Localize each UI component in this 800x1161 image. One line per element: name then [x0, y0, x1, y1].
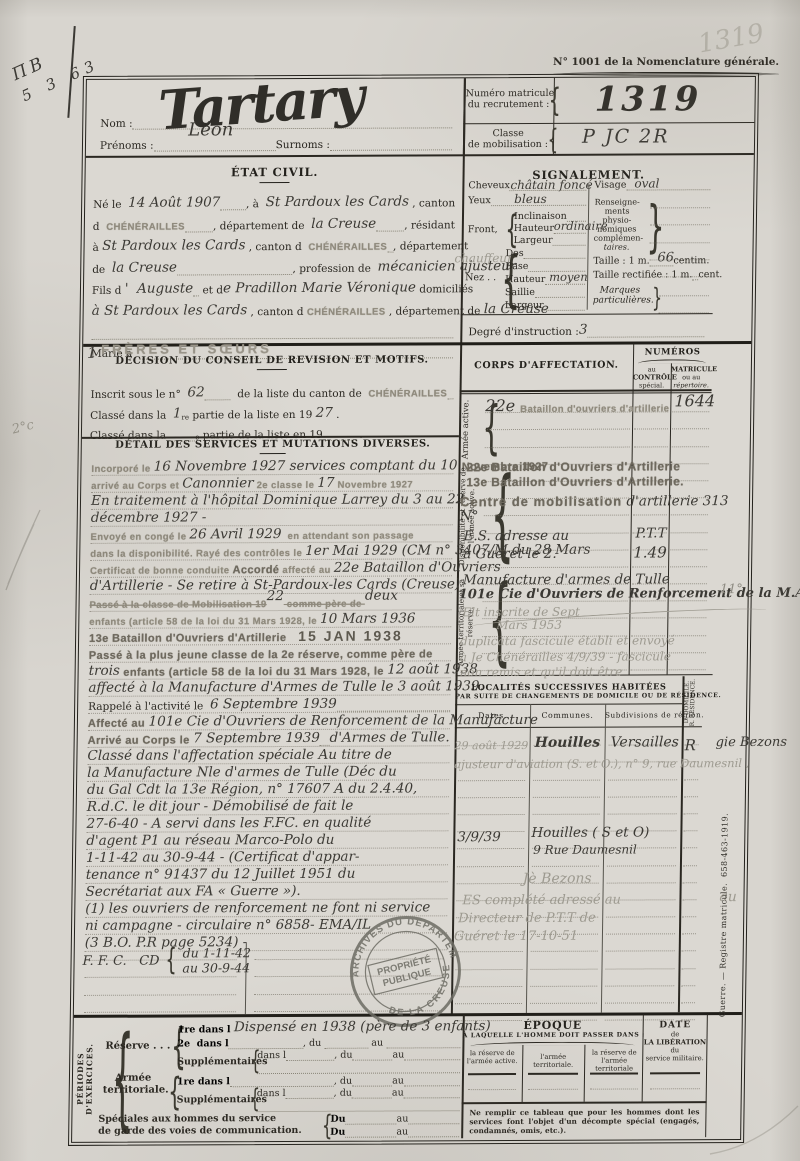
ec-line-5: Fils d ' Auguste et de Pradillon Marie V…	[92, 274, 454, 297]
segment-pr: Fils d	[92, 285, 125, 297]
ec-line-6: à St Pardoux les Cards , canton d CHÉNÉR…	[92, 295, 454, 318]
segment-pr: Inscrit sous le n°	[90, 388, 187, 400]
ruled-row	[485, 430, 630, 448]
segment-hw: ni campagne - circulaire n° 6858- EMA/IL	[85, 916, 371, 933]
ruled-row	[650, 1072, 700, 1089]
segment-pr: , canton	[409, 197, 455, 209]
corps-pencil-4: à Je Chénérailles 4/9/39 - fascicule	[460, 649, 671, 664]
segment-dstamp: 15 JAN 1938	[286, 628, 403, 645]
ruled-row	[468, 1073, 516, 1090]
service-line: Certificat de bonne conduite Accordé aff…	[90, 559, 452, 578]
spec-row-2: Duau	[330, 1125, 459, 1138]
ffc-au: au 30-9-44	[182, 960, 250, 975]
loc-note-2: Directeur de P.T.T de	[458, 911, 596, 927]
corps-stamp-13e: 13e Bataillon d'Ouvriers d'Artillerie.	[466, 474, 684, 489]
reserve-label: Réserve . . .	[105, 1040, 170, 1051]
localites-section: LOCALITÉS SUCCESSIVES HABITÉES PAR SUITE…	[451, 676, 703, 1013]
loc-r2-commune: Houilles ( S et O)	[531, 824, 649, 841]
matricule-col-label: MATRICULE ou au répertoire.	[671, 365, 712, 389]
ruled-row	[84, 995, 236, 1013]
segment-dots	[404, 1057, 460, 1060]
segment-pr: Classé dans la	[90, 410, 173, 422]
col-domicile-residence: D. DOMICILE. R. RÉSIDENCE.	[684, 678, 702, 726]
service-line: d'agent P1 au réseau Marco-Polo du	[86, 831, 448, 850]
segment-prb: 1re dans l	[178, 1024, 234, 1035]
imprint-registre: Guerre. — Registre matricule.	[718, 883, 729, 1017]
epoque-note: Ne remplir ce tableau que pour les homme…	[469, 1107, 699, 1135]
ruled-row	[590, 1072, 638, 1089]
ruled-row	[457, 849, 524, 866]
nez-row-4: Largeur	[505, 300, 585, 311]
corps-stamp-22e: 22e Bataillon d'Ouvriers d'Artillerie	[466, 459, 680, 474]
service-line: Envoyé en congé le 26 Avril 1929 en atte…	[90, 525, 452, 544]
corps-title: CORPS D'AFFECTATION.	[460, 360, 633, 372]
corps-terr2: 101e Cie d'Ouvriers de Renforcement de l…	[459, 586, 800, 603]
prenom-value: Léon	[188, 119, 233, 140]
epoque-col2: l'armée territoriale.	[526, 1053, 580, 1069]
segment-pr: , département de	[213, 219, 311, 231]
segment-hw: d'agent P1 au réseau Marco-Polo du	[86, 831, 334, 848]
segment-dots	[337, 708, 450, 711]
segment-st: Bataillon d'ouvriers d'artillerie	[520, 403, 669, 415]
label-armee-active: Armée active.	[461, 398, 472, 460]
segment-dots	[177, 272, 293, 276]
header-mid-rule	[463, 122, 754, 124]
segment-st: comme père de	[284, 599, 365, 610]
ruled-row	[458, 798, 525, 815]
yeux-value: bleus	[514, 192, 547, 206]
localites-subtitle: PAR SUITE DE CHANGEMENTS DE DOMICILE OU …	[455, 692, 682, 700]
segment-hw: 62	[187, 384, 204, 400]
matricule-label: Numéro matricule du recrutement :	[465, 88, 551, 110]
service-line: enfants (article 58 de la loi du 31 Mars…	[89, 610, 451, 629]
loc-r1-dr: R	[684, 736, 696, 754]
segment-hw: trois	[89, 662, 120, 678]
segment-stb: Accordé	[232, 564, 279, 576]
ruled-row	[634, 413, 668, 430]
segment-pr: , résidant	[404, 219, 455, 231]
service-line: Passé à la classe de Mobilisation 1922 c…	[89, 593, 451, 612]
surnoms-label: Surnoms :	[276, 139, 330, 151]
segment-hw: Classé dans l'affectation spéciale Au ti…	[87, 746, 392, 763]
service-line: Passé à la plus jeune classe de la 2e ré…	[89, 644, 451, 662]
nez-hauteur-value: moyen	[549, 270, 588, 284]
ruled-row	[670, 550, 707, 567]
taille-row: Taille : 1 m.centim.	[593, 255, 709, 267]
freres-soeurs-stamp: FRÈRES ET SŒURS	[101, 341, 272, 357]
epoque-dotted-1	[468, 1073, 516, 1090]
segment-pr: Né le	[93, 199, 128, 211]
segment-pr: au	[396, 1126, 408, 1137]
segment-hw: R.d.C. le dit jour - Démobilisé de fait …	[87, 797, 354, 814]
segment-pr: au	[397, 1113, 409, 1124]
front-row-2: Largeur	[514, 235, 586, 246]
service-line: 1-11-42 au 30-9-44 - (Certificat d'appar…	[86, 848, 448, 867]
epoque-col-div-1	[522, 1045, 524, 1102]
segment-st: arrivé au Corps et	[91, 480, 182, 491]
degre-top-rule	[461, 313, 713, 315]
ruled-row	[455, 952, 522, 969]
epoque-curly	[470, 1041, 634, 1046]
matricule-brace: {	[548, 84, 561, 116]
segment-hw: la Manufacture Nle d'armes de Tulle (Déc…	[87, 763, 397, 780]
segment-dots	[352, 1096, 392, 1099]
segment-dots	[404, 1095, 460, 1098]
segment-hw: St Pardoux les Cards	[102, 237, 245, 254]
segment-hw: affecté à la Manufacture d'Armes de Tull…	[88, 678, 484, 696]
segment-st: dans la disponibilité. Rayé des contrôle…	[90, 548, 305, 560]
segment-dots	[185, 229, 213, 232]
etat-civil-title: ÉTAT CIVIL.	[94, 164, 456, 180]
segment-st: en attendant son passage	[281, 530, 414, 542]
corps-stamp-centre: Centre de mobilisation d'artillerie 313	[460, 490, 729, 510]
service-line: R.d.C. le dit jour - Démobilisé de fait …	[87, 797, 449, 816]
terr-label-1: Armée	[115, 1073, 151, 1084]
services-lines: Incorporé le 16 Novembre 1927 services c…	[85, 457, 454, 951]
segment-st: Passé à la classe de Mobilisation 19	[89, 599, 266, 611]
periodes-label: PÉRIODES D'EXERCICES.	[75, 1023, 95, 1135]
loc-r1-date: 29 août 1929	[455, 739, 529, 752]
segment-stb: enfants (article 58 de la loi du 31 Mars…	[120, 665, 388, 678]
segment-dots	[286, 1058, 334, 1061]
ruled-row	[650, 191, 710, 208]
segment-pr: , profession de	[292, 262, 377, 274]
ec-line-3: à St Pardoux les Cards , canton d CHÉNÉR…	[92, 231, 454, 254]
segment-pr: dans l	[257, 1050, 286, 1061]
service-line: Incorporé le 16 Novembre 1927 services c…	[91, 457, 453, 476]
epoque-col1: la réserve de l'armée active.	[465, 1049, 519, 1065]
segment-hw: e Pradillon Marie Véronique	[223, 279, 416, 296]
periodes-section: PÉRIODES D'EXERCICES. { Réserve . . . { …	[74, 1015, 463, 1140]
suppl-dotrow-1	[257, 1061, 460, 1074]
title-rule	[257, 369, 287, 370]
decision-margin-number: 1	[87, 344, 97, 362]
services-section: DÉTAIL DES SERVICES ET MUTATIONS DIVERSE…	[85, 438, 454, 951]
suppl-dotrow-2	[256, 1099, 459, 1112]
segment-pr: dans l	[257, 1088, 286, 1099]
ruled-row	[530, 952, 597, 969]
epoque-dotted-4	[650, 1072, 700, 1089]
suppl-row-1: dans l, duau	[257, 1047, 460, 1061]
segment-prb: Du	[330, 1114, 345, 1125]
segment-hw: deux	[365, 588, 398, 604]
ruled-row	[681, 969, 695, 986]
service-line: Arrivé au Corps le 7 Septembre 1939d'Arm…	[88, 729, 450, 748]
segment-pr: au	[392, 1049, 404, 1060]
segment-st: Incorporé le	[91, 464, 153, 475]
taille-value: 66	[657, 250, 674, 265]
col-subdiv: Subdivisions de région.	[605, 710, 682, 719]
segment-st: enfants (article 58 de la loi du 31 Mars…	[89, 616, 320, 628]
segment-hw: 27	[316, 405, 333, 421]
ruled-row	[683, 866, 697, 883]
controle-col-label: au CONTRÔLE spécial.	[633, 365, 671, 389]
segment-dots	[408, 1134, 459, 1137]
loc-note-1: ES complété adressé au	[462, 893, 621, 909]
prenoms-line: Prénoms :Surnoms :	[100, 138, 452, 152]
service-line: En traitement à l'hôpital Dominique Larr…	[91, 491, 453, 510]
ec-line-2: d CHÉNÉRAILLES, département de la Creuse…	[93, 209, 455, 232]
segment-st: Novembre 1927	[334, 479, 413, 490]
ruled-row	[533, 797, 600, 814]
service-line: tenance n° 91437 du 12 Juillet 1951 du	[86, 865, 448, 884]
segment-hw: St Pardoux les Cards	[266, 194, 409, 211]
service-line: Secrétariat aux FA « Guerre »).	[85, 882, 447, 901]
ruled-row	[682, 900, 696, 917]
service-line: affecté à la Manufacture d'Armes de Tull…	[88, 678, 450, 697]
segment-pr: , du	[334, 1050, 352, 1061]
prenoms-ruling	[154, 148, 276, 152]
spec-label-2: de garde des voies de communication.	[98, 1125, 302, 1137]
service-line: décembre 1927 -	[91, 508, 453, 527]
classe-label: Classe de mobilisation :	[465, 128, 551, 150]
corps-affectation-section: CORPS D'AFFECTATION. NUMÉROS au CONTRÔLE…	[456, 343, 713, 675]
segment-pr: d	[93, 220, 107, 232]
ffc-note: F. F. C. CD { du 1-11-42 au 30-9-44	[82, 945, 251, 976]
ruled-row	[457, 866, 524, 883]
segment-dots	[220, 207, 246, 210]
segment-st: CHÉNÉRAILLES	[307, 306, 386, 317]
segment-dots	[345, 1135, 396, 1138]
segment-stb: 13e Bataillon d'Ouvriers d'Artillerie	[89, 632, 287, 645]
segment-hw: 16 Novembre 1927 services comptant du 10	[154, 457, 462, 474]
nez-row-0: Dos	[505, 248, 585, 259]
ruled-row	[608, 780, 677, 797]
segment-hw: ' Auguste	[125, 280, 194, 296]
segment-st: CHÉNÉRAILLES	[106, 221, 185, 232]
segment-st: Envoyé en congé le	[90, 531, 189, 542]
ruled-row	[530, 986, 597, 1003]
service-line: Classé dans l'affectation spéciale Au ti…	[87, 746, 449, 765]
service-line: dans la disponibilité. Rayé des contrôle…	[90, 542, 452, 561]
epoque-section: ÉPOQUE À LAQUELLE L'HOMME DOIT PASSER DA…	[461, 1014, 708, 1138]
ruled-row	[650, 226, 710, 243]
segment-hw: Canonnier	[182, 475, 254, 491]
segment-pr: , à	[246, 198, 266, 210]
loc-r1-overlay: ajusteur d'aviation (S. et O.), n° 9, ru…	[454, 756, 749, 771]
front-label: Front,	[468, 224, 498, 235]
ruled-row	[682, 917, 696, 934]
decision-section: FRÈRES ET SŒURS 1 DÉCISION DU CONSEIL DE…	[90, 344, 453, 442]
segment-pr: re	[181, 413, 189, 421]
surnoms-ruling	[330, 147, 452, 151]
segment-hw: 14 Août 1907	[128, 194, 220, 210]
nom-line: Nom :	[100, 116, 452, 130]
ruled-row	[672, 430, 709, 447]
epoque-title: ÉPOQUE	[463, 1018, 643, 1032]
epoque-col3: la réserve de l'armée territoriale	[588, 1048, 640, 1072]
service-line: 13e Bataillon d'Ouvriers d'Artillerie 15…	[89, 627, 451, 646]
ruled-row	[683, 849, 697, 866]
ruled-row	[528, 1073, 578, 1090]
loc-ruling-dr	[681, 728, 699, 1020]
corps-es1: E.S. adresse au	[463, 528, 569, 544]
spec-row-1: Duau	[330, 1112, 459, 1125]
segment-hw: la Creuse	[311, 215, 376, 231]
corps-active-row1: 22e Bataillon d'ouvriers d'artillerie	[485, 395, 669, 415]
margin-bezons: gie Bezons	[716, 735, 787, 750]
ruled-row	[659, 279, 709, 296]
ruled-row	[683, 831, 697, 848]
reserve-row-1: 1re dans l Dispensé en 1938 (père de 3 e…	[178, 1021, 461, 1035]
service-line: la Manufacture Nle d'armes de Tulle (Déc…	[87, 763, 449, 782]
segment-st: 2e classe le	[254, 480, 318, 491]
ruled-row	[670, 533, 707, 550]
segment-pr: à	[92, 242, 102, 254]
ruled-row	[659, 296, 709, 313]
ffc-label: F. F. C. CD	[82, 953, 159, 968]
segment-hw: 6 Septembre 1939	[210, 695, 337, 712]
segment-hw: 17	[317, 475, 334, 491]
visage-value: oval	[634, 176, 659, 190]
etat-civil-section: ÉTAT CIVIL. Né le 14 Août 1907, à St Par…	[91, 164, 456, 360]
decision-line-2: Classé dans la 1re partie de la liste en…	[90, 399, 452, 422]
signalement-inner-divider	[587, 184, 590, 310]
ec-line-1: Né le 14 Août 1907, à St Pardoux les Car…	[93, 188, 455, 211]
matricule-value: 1319	[594, 79, 701, 119]
loc-ruling-dates	[455, 729, 526, 1021]
ruled-row	[669, 653, 706, 670]
segment-st: CHÉNÉRAILLES	[368, 388, 447, 399]
segment-prb: 1re dans l	[177, 1076, 230, 1087]
segment-hw: décembre 1927 -	[91, 509, 207, 526]
nez-label: Nez . .	[465, 272, 496, 283]
ruled-row	[485, 413, 630, 431]
ec-line-blank	[91, 317, 453, 340]
pencil-scribble-left	[0, 506, 50, 596]
segment-pr: .	[333, 409, 340, 421]
segment-pr: , canton d	[247, 305, 307, 317]
services-title: DÉTAIL DES SERVICES ET MUTATIONS DIVERSE…	[92, 438, 454, 451]
nom-label: Nom :	[100, 118, 133, 130]
ruled-row	[455, 987, 522, 1004]
segment-prb: Du	[330, 1127, 345, 1138]
col-communes: Communes.	[530, 711, 605, 720]
marques-lines	[659, 279, 709, 314]
ruled-row	[670, 567, 707, 584]
numeros-curly	[638, 359, 706, 363]
ec-line-4: de la Creuse, profession de mécanicien a…	[92, 252, 454, 275]
ruled-row	[608, 797, 677, 814]
register-form: Tartary Nom : Léon Prénoms :Surnoms : Nu…	[68, 73, 759, 1146]
epoque-dotted-2	[528, 1073, 578, 1090]
segment-pr: Rappelé à l'activité le	[88, 700, 210, 713]
segment-hw: d'Armes de Tulle.	[329, 729, 449, 746]
title-rule	[259, 182, 289, 183]
nez-row-3: Saillie	[505, 287, 585, 298]
service-line: 27-6-40 - A servi dans les F.FC. en qual…	[86, 814, 448, 833]
loc-ruling-subdiv	[605, 728, 678, 1020]
corps-pencil-3: duplicata fascicule établi et envoyé	[460, 633, 675, 648]
segment-dots	[447, 396, 453, 399]
degre-row: Degré d'instruction :3	[468, 321, 704, 338]
segment-hw: Secrétariat aux FA « Guerre »).	[85, 882, 300, 899]
terr-label-2: territoriale.	[103, 1085, 169, 1096]
segment-pr: de	[92, 263, 112, 275]
localites-header-top	[455, 703, 682, 705]
ruled-row	[530, 969, 597, 986]
segment-prb: 2e dans l	[177, 1038, 228, 1049]
segment-st: affecté au	[279, 565, 334, 576]
segment-pr: , du	[334, 1088, 352, 1099]
loc-r2-commune2: 9 Rue Daumesnil	[533, 842, 637, 856]
margin-pencil-2c: 2°c	[11, 418, 36, 438]
segment-hw: 26 Avril 1929	[189, 526, 281, 542]
header: Tartary Nom : Léon Prénoms :Surnoms : Nu…	[86, 77, 763, 157]
segment-dots	[408, 1121, 459, 1124]
loc-r1-commune: Houilles	[535, 735, 601, 751]
ruled-row	[605, 986, 674, 1003]
segment-pr: au	[392, 1087, 404, 1098]
renseignements-label: Renseigne- ments physio- nomiques complé…	[594, 198, 641, 252]
segment-hw: 27-6-40 - A servi dans les F.FC. en qual…	[86, 814, 371, 831]
segment-dots	[352, 1058, 392, 1061]
numeros-title: NUMÉROS	[633, 347, 712, 357]
ruled-row	[684, 797, 698, 814]
epoque-note-rule	[462, 1101, 707, 1104]
title-rule	[260, 453, 286, 454]
corps-es2-ctrl: 1.49	[633, 543, 667, 561]
segment-pr: et d	[199, 284, 223, 296]
segment-hw: du Gal Cdt la 13e Région, n° 17607 A du …	[87, 780, 418, 797]
segment-st: Certificat de bonne conduite	[90, 565, 233, 577]
segment-hw: Dispensé en 1938 (père de 3 enfants)	[234, 1018, 491, 1035]
segment-hw: 1-11-42 au 30-9-44 - (Certificat d'appar…	[86, 848, 360, 865]
service-line: arrivé au Corps et Canonnier 2e classe l…	[91, 474, 453, 493]
segment-stb: Affecté au	[88, 717, 149, 729]
ruled-row	[84, 978, 236, 996]
segment-stb: Arrivé au Corps le	[88, 734, 194, 746]
cheveux-value: châtain foncé	[510, 178, 592, 192]
imprint-code: 658-463-1919.	[720, 813, 730, 877]
ruled-row	[672, 412, 709, 429]
epoque-subtitle: À LAQUELLE L'HOMME DOIT PASSER DANS :	[463, 1031, 643, 1039]
margin-imprint: Guerre. — Registre matricule. 658-463-19…	[717, 765, 730, 1065]
segment-hw: (1) les ouvriers de renforcement ne font…	[85, 899, 430, 917]
loc-note-3: Guéret le 17-10-51	[454, 929, 578, 945]
nomenclature-text: N° 1001 de la Nomenclature générale.	[553, 56, 779, 68]
segment-hw: la Creuse	[112, 259, 177, 275]
decision-line-1: Inscrit sous le n° 62 de la liste du can…	[90, 377, 452, 401]
service-line: Affecté au 101e Cie d'Ouvriers de Renfor…	[88, 712, 450, 731]
service-line: Rappelé à l'activité le 6 Septembre 1939	[88, 695, 450, 714]
ruled-row	[684, 780, 698, 797]
segment-hw: En traitement à l'hôpital Dominique Larr…	[91, 491, 464, 509]
scanned-military-register-page: { "glyphs": { "brace_open": "{", "brace_…	[0, 0, 800, 1161]
corps-active-matricule: 1644	[674, 391, 715, 410]
ruled-row	[681, 952, 695, 969]
ruled-row	[682, 934, 696, 951]
prenoms-label: Prénoms :	[100, 140, 154, 152]
spec-label-1: Spéciales aux hommes du service	[98, 1113, 276, 1125]
segment-dots	[376, 228, 404, 231]
ruled-row	[607, 866, 676, 883]
segment-dots	[205, 397, 231, 400]
corps-es1-ctrl: P.T.T	[635, 525, 666, 541]
ffc-du: du 1-11-42	[183, 945, 251, 960]
segment-st: CHÉNÉRAILLES	[308, 242, 387, 253]
ruled-row	[455, 970, 522, 987]
ruled-row	[683, 814, 697, 831]
ruled-row	[605, 952, 674, 969]
service-line: trois enfants (article 58 de la loi du 3…	[89, 661, 451, 680]
margin-11e: 11°	[720, 582, 743, 597]
loc-r1-subdiv: Versailles	[611, 734, 679, 750]
segment-pr: partie de la liste en 19	[189, 409, 316, 422]
ruled-row	[458, 781, 525, 798]
segment-dots	[320, 742, 330, 745]
segment-hw: 22e	[485, 396, 520, 415]
